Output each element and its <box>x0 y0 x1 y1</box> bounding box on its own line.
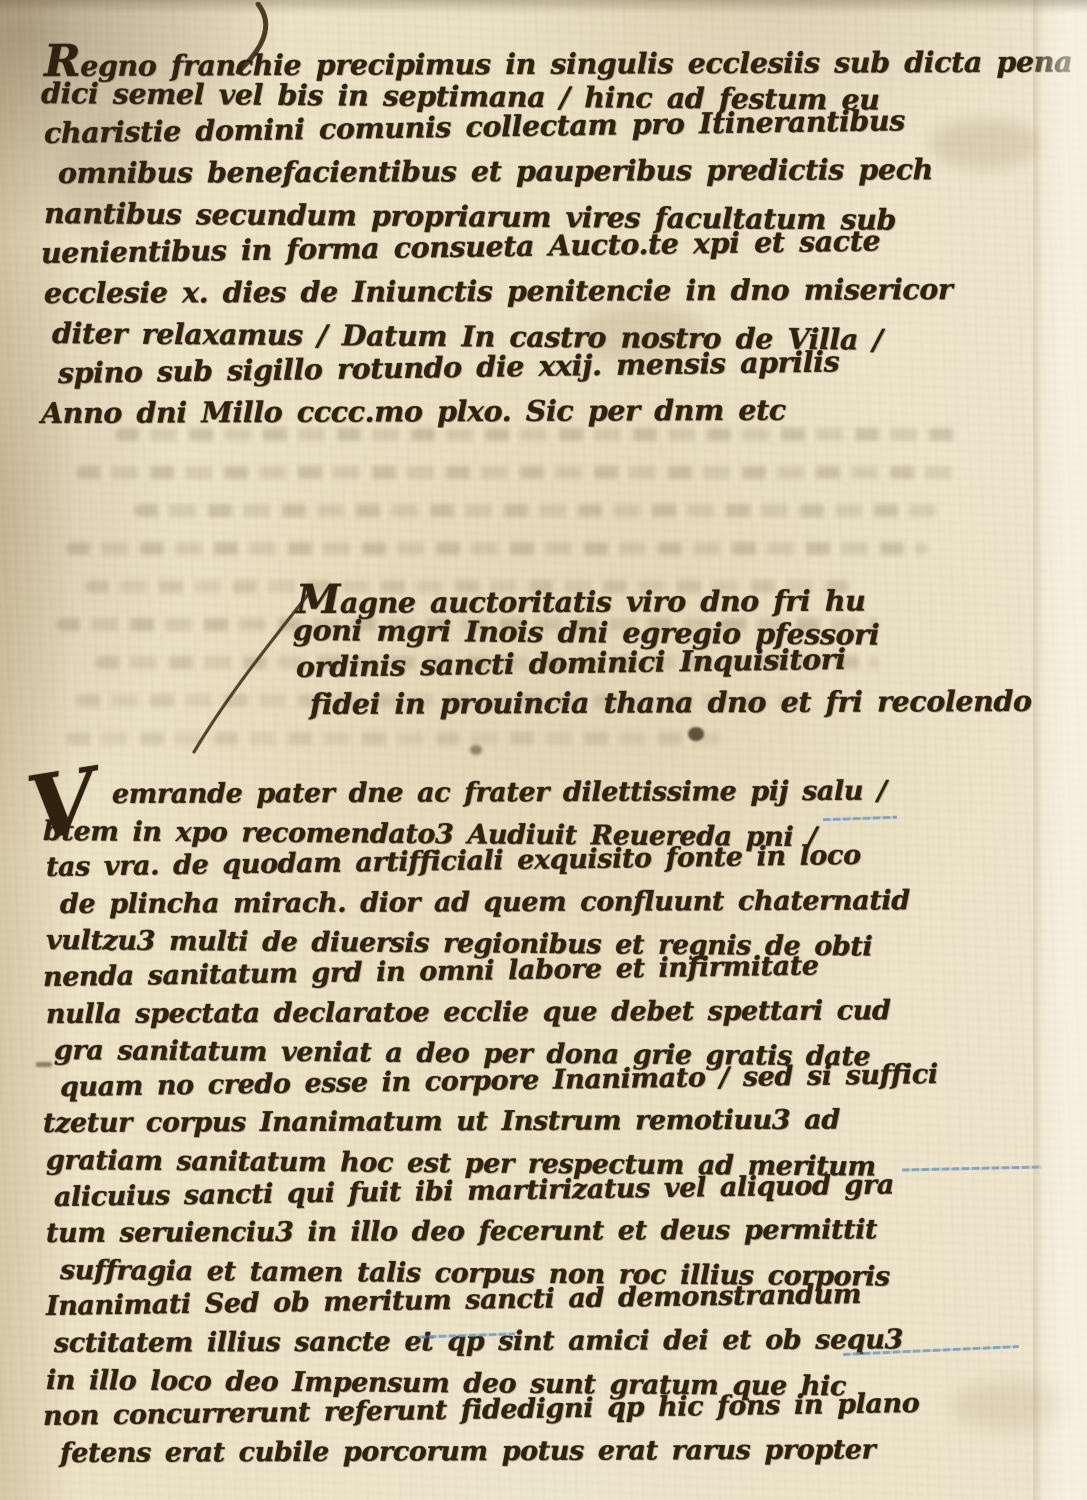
manuscript-line: Anno dni Millo cccc.mo plxo. Sic per dnm… <box>41 392 1054 436</box>
manuscript-line: Magne auctoritatis viro dno fri hu <box>296 573 1036 613</box>
manuscript-line: omnibus benefacientibus et pauperibus pr… <box>58 152 1054 196</box>
manuscript-line: Regno franchie precipimus in singulis ec… <box>44 32 1054 76</box>
manuscript-line: fidei in prouincia thana dno et fri reco… <box>310 684 1036 724</box>
manuscript-line: fetens erat cubile porcorum potus erat r… <box>60 1433 1066 1474</box>
manuscript-line: emrande pater dne ac frater dilettissime… <box>112 775 1066 816</box>
address-block: Magne auctoritatis viro dno fri hugoni m… <box>296 576 1036 724</box>
manuscript-line: ecclesie x. dies de Iniunctis penitencie… <box>44 272 1054 316</box>
manuscript-line: nulla spectata declaratoe ecclie que deb… <box>46 994 1066 1035</box>
manuscript-line: tum seruienciu3 in illo deo fecerunt et … <box>46 1214 1066 1255</box>
regesto-paragraph: Regno franchie precipimus in singulis ec… <box>44 36 1054 436</box>
manuscript-line: de plincha mirach. dior ad quem confluun… <box>60 884 1066 925</box>
manuscript-line: sctitatem illius sancte et qp sint amici… <box>54 1323 1066 1364</box>
manuscript-line: tzetur corpus Inanimatum ut Instrum remo… <box>43 1104 1066 1145</box>
letter-body: emrande pater dne ac frater dilettissime… <box>46 779 1066 1474</box>
